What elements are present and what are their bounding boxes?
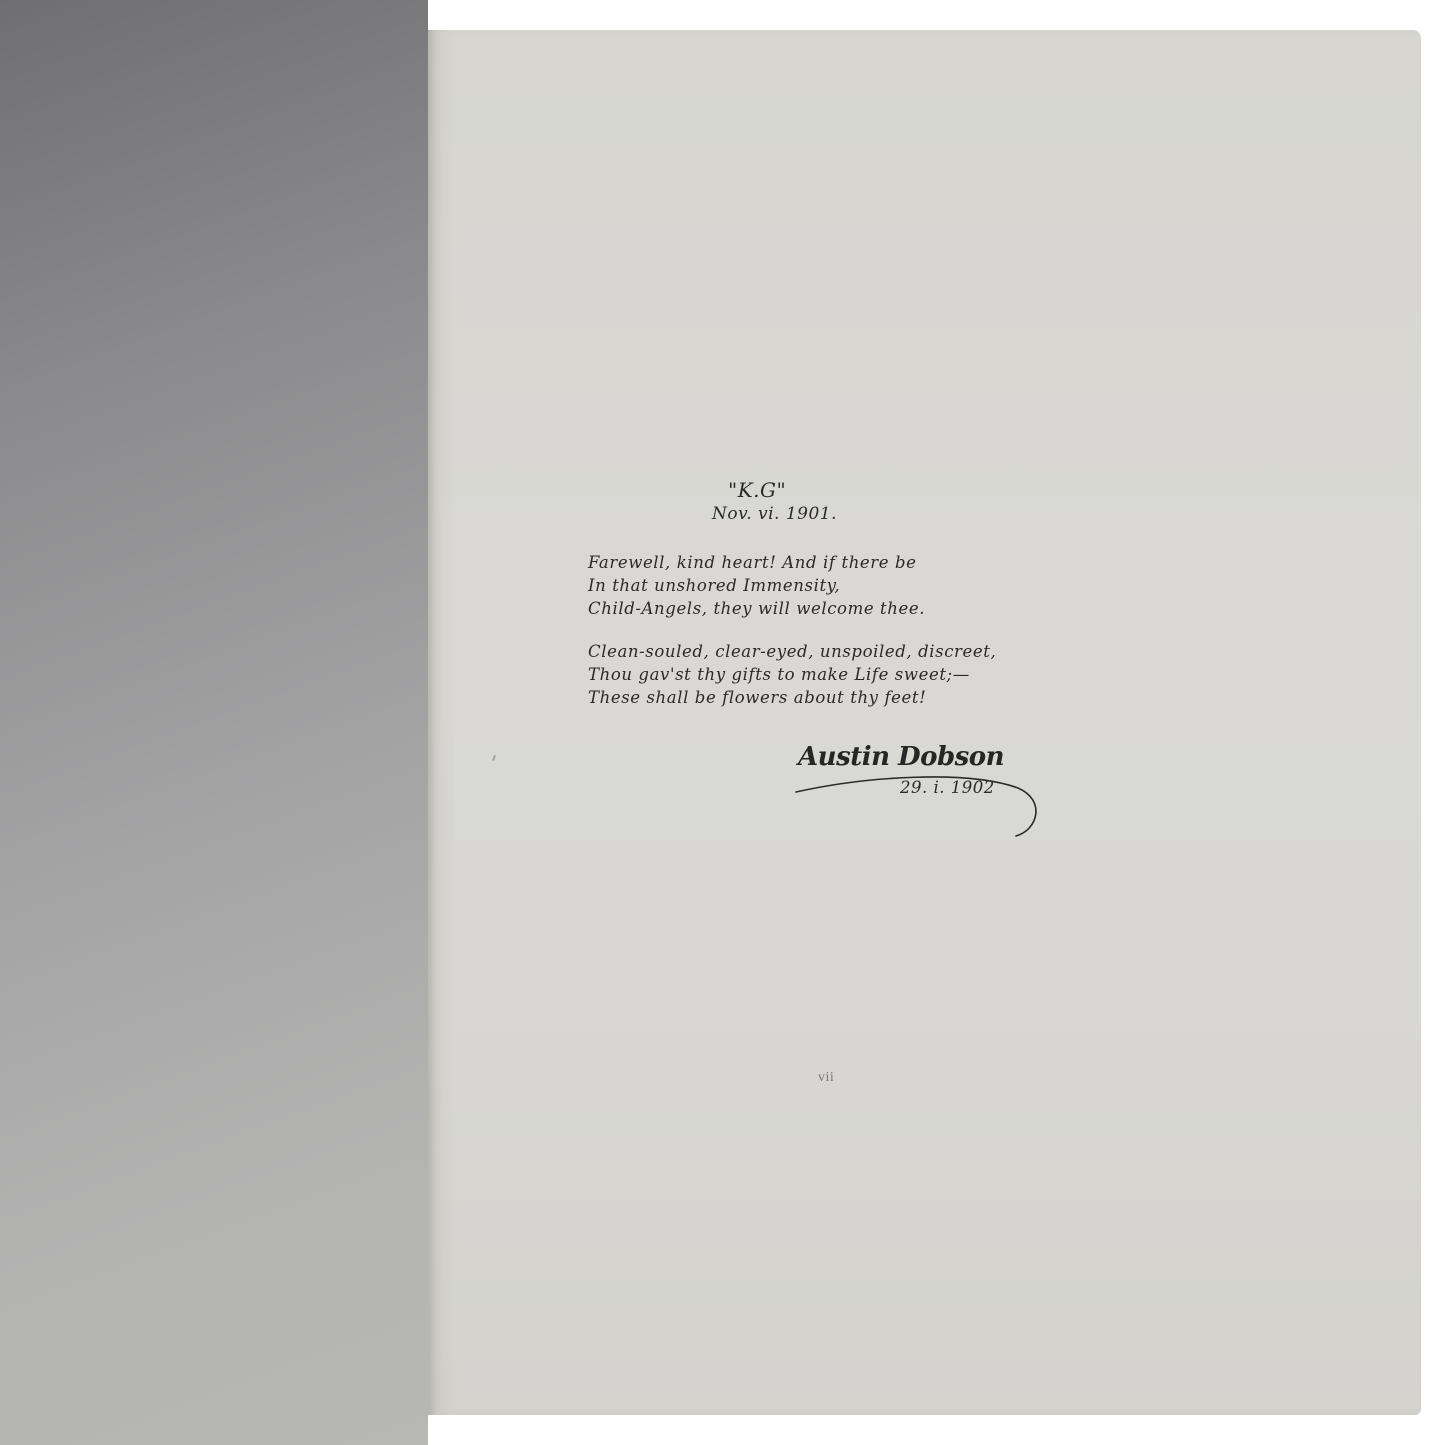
gutter-shadow	[428, 30, 436, 1415]
page-number: vii	[818, 1070, 834, 1086]
author-signature: Austin Dobson	[798, 742, 1004, 772]
poem-line: Thou gav'st thy gifts to make Life sweet…	[588, 663, 996, 686]
book-photo: "K.G" Nov. vi. 1901. Farewell, kind hear…	[0, 0, 1445, 1445]
paper-speck	[492, 755, 496, 761]
poem-date: Nov. vi. 1901.	[712, 504, 837, 524]
poem-line: In that unshored Immensity,	[588, 574, 925, 597]
stanza-2: Clean-souled, clear-eyed, unspoiled, dis…	[588, 640, 996, 709]
facing-page-blank	[0, 0, 428, 1445]
book-page: "K.G" Nov. vi. 1901. Farewell, kind hear…	[428, 30, 1421, 1415]
signature-date: 29. i. 1902	[900, 778, 995, 797]
poem-title: "K.G"	[728, 478, 786, 502]
poem-line: These shall be flowers about thy feet!	[588, 686, 996, 709]
poem-line: Child-Angels, they will welcome thee.	[588, 597, 925, 620]
stanza-1: Farewell, kind heart! And if there be In…	[588, 551, 925, 620]
poem-line: Clean-souled, clear-eyed, unspoiled, dis…	[588, 640, 996, 663]
poem-line: Farewell, kind heart! And if there be	[588, 551, 925, 574]
